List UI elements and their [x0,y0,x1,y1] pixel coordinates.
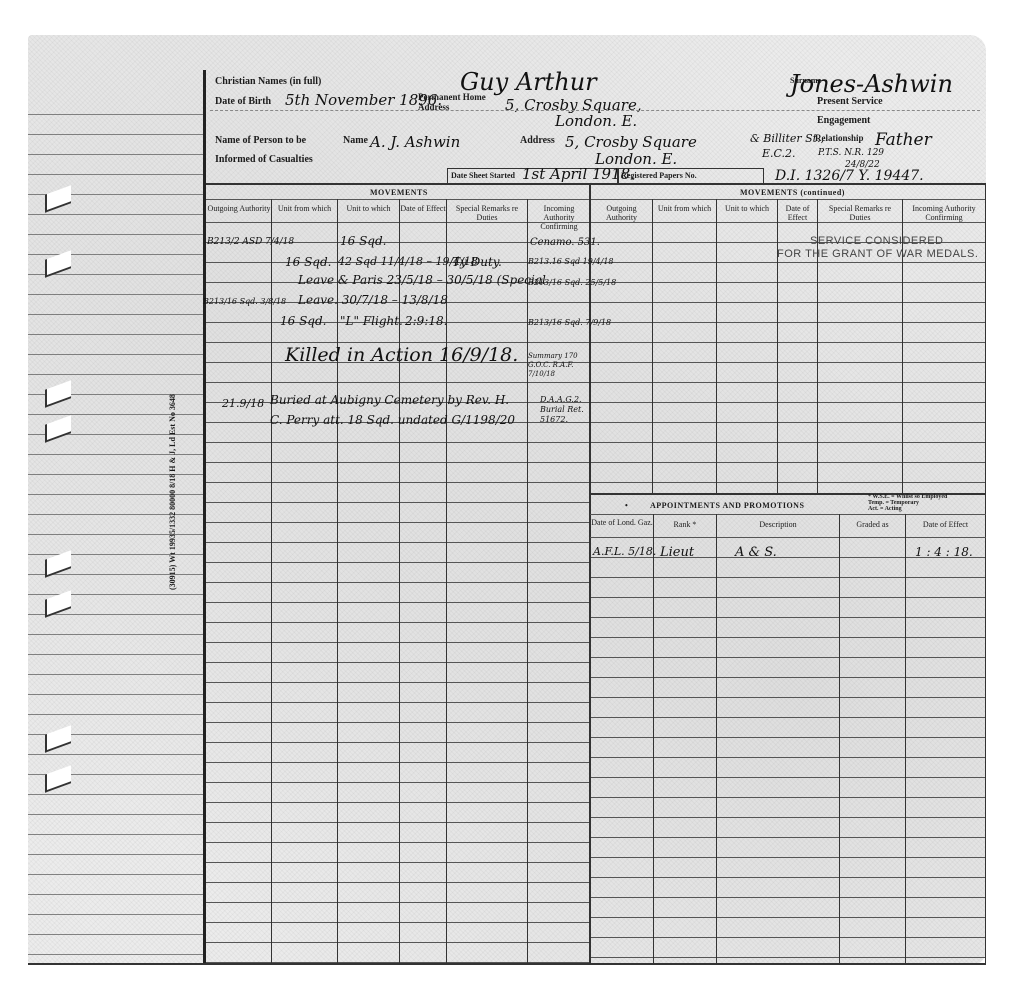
header-divider [206,183,986,185]
appointments-grid [590,538,986,965]
entry-4-detail: Leave. 30/7/18 – 13/8/18 [298,293,448,307]
killed-in-action: Killed in Action 16/9/18. [285,344,518,366]
header-rule [590,514,986,515]
informed-name-value: A. J. Ashwin [370,133,460,151]
entry-2-unit-from: 16 Sqd. [285,255,331,269]
relationship-value: Father [875,130,932,150]
column-rule [653,514,654,965]
present-service-label: Present Service [817,96,883,107]
entry-5-unit-to: "L" Flight. [340,314,403,328]
printer-imprint: (30915) Wt 19935/1332 80000 8/18 H & J, … [168,394,177,590]
christian-names-label: Christian Names (in full) [215,76,321,87]
registered-papers-box: Registered Papers No. [617,168,764,184]
entry-7-outgoing: 21.9/18 [222,397,264,410]
col-unit-to-cont: Unit to which [717,204,777,213]
war-medals-stamp-line1: SERVICE CONSIDERED [810,235,944,247]
column-rule [716,514,717,965]
informed-address-label: Address [520,135,555,146]
header-rule [210,110,980,111]
col-date-of-effect-cont: Date of Effect [778,204,817,222]
relationship-note-3: D.I. 1326/7 Y. 19447. [775,168,924,184]
person-informed-label-1: Name of Person to be [215,135,306,146]
informed-name-label: Name [343,135,368,146]
col-outgoing-authority-cont: Outgoing Authority [591,204,652,222]
entry-7-burial-note: Buried at Aubigny Cemetery by Rev. H. C.… [270,390,525,430]
appointments-title: APPOINTMENTS AND PROMOTIONS [650,501,804,510]
column-rule [337,199,338,965]
relationship-note-1: P.T.S. N.R. 129 [818,148,884,158]
informed-address-line1: 5, Crosby Square [565,133,697,151]
relationship-label: Relationship [815,133,864,143]
column-rule [839,514,840,965]
entry-5-unit-from: 16 Sqd. [280,314,326,328]
col-description: Description [717,520,839,529]
entry-3-detail: Leave & Paris 23/5/18 – 30/5/18 (Special [298,273,546,287]
column-rule [716,199,717,493]
surname-value: Jones-Ashwin [790,70,953,98]
entry-4-outgoing: B213/16 Sqd. 3/8/18 [203,297,286,306]
home-address-line2: London. E. [555,112,637,130]
sheet-bottom-edge [28,963,986,965]
entry-1-unit-to: 16 Sqd. [340,234,386,248]
war-medals-stamp-line2: FOR THE GRANT OF WAR MEDALS. [777,248,978,260]
col-special-remarks: Special Remarks re Duties [447,204,527,222]
col-unit-from: Unit from which [272,204,337,213]
home-address-label: Permanent Home Address [418,92,498,112]
legend-act: Act. = Acting [868,506,947,512]
person-informed-label-2: Informed of Casualties [215,154,313,165]
appointment-date-of-effect: 1 : 4 : 18. [915,545,973,559]
entry-1-incoming: Cenamo. 531. [530,237,600,248]
col-london-gazette: Date of Lond. Gaz. [591,518,653,527]
date-sheet-started-label: Date Sheet Started [451,171,515,180]
header-rule [206,199,986,200]
col-incoming-authority-cont: Incoming Authority Confirming [903,204,985,222]
column-rule [777,199,778,493]
column-rule [985,183,986,965]
col-outgoing-authority: Outgoing Authority [207,204,271,213]
appointment-rank: Lieut [660,545,694,560]
informed-address-alt1: & Billiter St., [750,132,824,145]
entry-5-date: 2:9:18. [405,314,447,328]
header-rule [590,537,986,538]
column-rule [905,514,906,965]
col-graded-as: Graded as [840,520,905,529]
col-date-of-effect: Date of Effect [400,204,446,213]
column-rule [271,199,272,965]
registered-papers-label: Registered Papers No. [621,171,697,180]
col-rank: Rank * [654,520,716,529]
movements-continued-title: MOVEMENTS (continued) [740,188,845,197]
column-rule [652,199,653,493]
abbrev-legend: * W.S.E. = Whilst so Employed Temp. = Te… [868,494,947,512]
entry-7-incoming: D.A.A.G.2. Burial Ret. 51672. [540,395,590,425]
col-date-of-effect: Date of Effect [906,520,985,529]
col-unit-to: Unit to which [338,204,399,213]
appointments-bullet: • [625,501,628,510]
appointment-description: A & S. [735,545,777,560]
column-rule [589,183,591,965]
col-unit-from-cont: Unit from which [653,204,716,213]
entry-1-outgoing: B213/2 ASD 7/4/18 [207,237,294,247]
appointment-gazette: A.F.L. 5/18. [593,545,656,558]
movements-cont-grid [590,223,986,493]
informed-address-alt2: E.C.2. [762,147,796,160]
engagement-label: Engagement [817,115,870,126]
entry-2-incoming: B213.16 Sqd 19/4/18 [528,257,614,266]
entry-5-incoming: B213/16 Sqd. 7/9/18 [528,318,611,327]
col-special-remarks-cont: Special Remarks re Duties [818,204,902,222]
entry-3-incoming: B213/16 Sqd. 25/5/18 [528,278,616,287]
movements-title: MOVEMENTS [370,188,428,197]
movements-grid [206,223,590,965]
entry-2-remarks: Ty Duty. [452,255,502,269]
entry-6-incoming: Summary 170 G.O.C. R.A.F. 7/10/18 [528,352,588,379]
date-of-birth-label: Date of Birth [215,96,271,107]
column-rule [527,199,528,965]
